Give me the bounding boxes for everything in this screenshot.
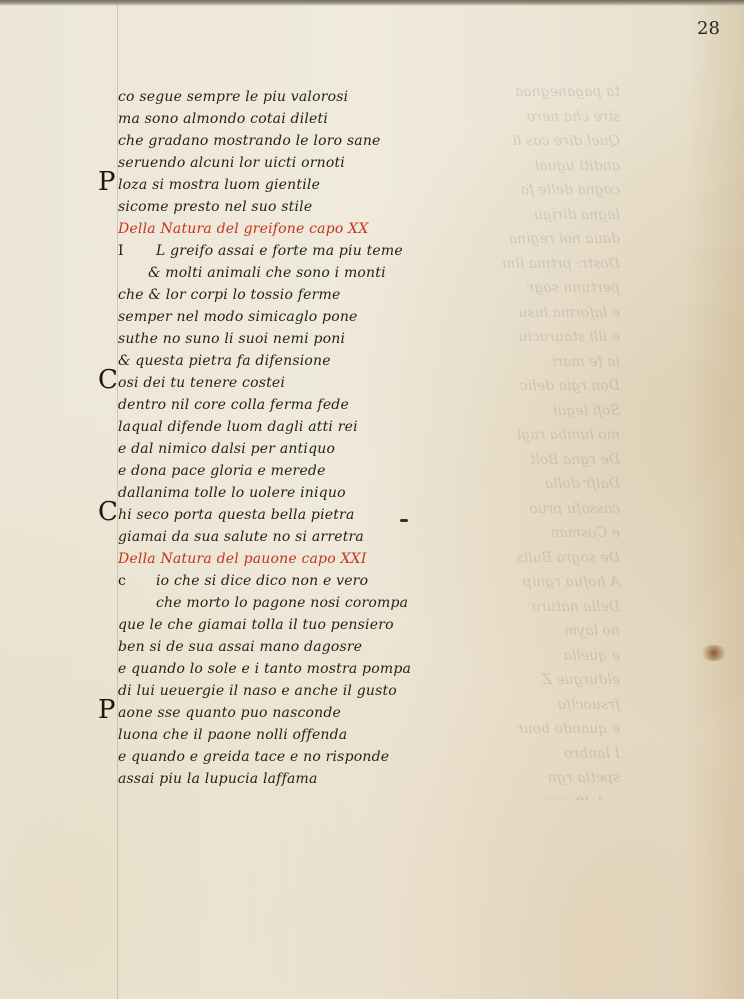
line-text: semper nel modo simicaglo pone: [118, 306, 358, 328]
line-text: L greifo assai e forte ma piu teme: [156, 240, 403, 262]
verse-line: dentro nil core colla ferma fede: [104, 394, 424, 416]
chapter-rubric: Della Natura del greifone capo XX: [104, 218, 424, 240]
bleed-line: De rgna Bolt: [470, 448, 620, 473]
decorated-initial: P: [98, 699, 116, 721]
verse-line: che gradano mostrando le loro sane: [104, 130, 424, 152]
bleed-line: e laforma lusu: [470, 301, 620, 326]
bleed-line: e illi stauraciu: [470, 325, 620, 350]
bleed-line: Della natura: [470, 595, 620, 620]
verse-line: dallanima tolle lo uolere iniquo: [104, 482, 424, 504]
verse-line: che morto lo pagone nosi corompa: [104, 592, 424, 614]
bleed-line: daua noi regina: [470, 227, 620, 252]
line-text: sicome presto nel suo stile: [118, 196, 312, 218]
bleed-line: e dolft rgna: [470, 791, 620, 801]
verse-line: che & lor corpi lo tossio ferme: [104, 284, 424, 306]
decorated-initial: P: [98, 171, 116, 193]
bleed-line: cogna delle fa: [470, 178, 620, 203]
decorated-initial: C: [98, 501, 118, 523]
line-text: & questa pietra fa difensione: [118, 350, 331, 372]
chapter-rubric: Della Natura del pauone capo XXI: [104, 548, 424, 570]
bleed-through-text: ta paganegnaasire cha neroQuel dire cos …: [470, 80, 620, 800]
bleed-line: ta paganegnaa: [470, 80, 620, 105]
decorated-initial: C: [98, 369, 118, 391]
verse-line: laqual difende luom dagli atti rei: [104, 416, 424, 438]
line-text: ben si de sua assai mano dagosre: [118, 636, 362, 658]
line-text: e quando lo sole e i tanto mostra pompa: [118, 658, 411, 680]
line-text: osi dei tu tenere costei: [118, 372, 285, 394]
verse-line: e quando e greida tace e no risponde: [104, 746, 424, 768]
bleed-line: anditi ugual: [470, 154, 620, 179]
line-text: Della Natura del greifone capo XX: [118, 218, 369, 240]
bleed-line: e Cosman: [470, 521, 620, 546]
line-text: che gradano mostrando le loro sane: [118, 130, 381, 152]
line-text: che morto lo pagone nosi corompa: [156, 592, 408, 614]
line-text: dentro nil core colla ferma fede: [118, 394, 349, 416]
bleed-line: A hofua rgnip: [470, 570, 620, 595]
verse-line: assai piu la lupucia laffama: [104, 768, 424, 790]
verse-line: seruendo alcuni lor uicti ornoti: [104, 152, 424, 174]
line-text: assai piu la lupucia laffama: [118, 768, 318, 790]
line-text: & molti animali che sono i monti: [148, 262, 386, 284]
bleed-line: lagna dirigu: [470, 203, 620, 228]
line-text: aone sse quanto puo nasconde: [118, 702, 341, 724]
verse-line: Ploza si mostra luom gientile: [104, 174, 424, 196]
verse-line: cio che si dice dico non e vero: [104, 570, 424, 592]
bleed-line: spetla rgn: [470, 766, 620, 791]
line-text: co segue sempre le piu valorosi: [118, 86, 348, 108]
bleed-line: e quella: [470, 644, 620, 669]
bleed-line: De sogra Bulls: [470, 546, 620, 571]
verse-line: e dona pace gloria e merede: [104, 460, 424, 482]
bleed-line: Dostr: prtma ilm: [470, 252, 620, 277]
verse-line: ben si de sua assai mano dagosre: [104, 636, 424, 658]
bleed-line: Don rgia delic: [470, 374, 620, 399]
line-text: que le che giamai tolla il tuo pensiero: [118, 614, 394, 636]
verse-line: & questa pietra fa difensione: [104, 350, 424, 372]
bleed-line: mo lumba ragl: [470, 423, 620, 448]
manuscript-page: ta paganegnaasire cha neroQuel dire cos …: [0, 0, 744, 999]
verse-line: que le che giamai tolla il tuo pensiero: [104, 614, 424, 636]
line-text: che & lor corpi lo tossio ferme: [118, 284, 340, 306]
verse-line: semper nel modo simicaglo pone: [104, 306, 424, 328]
verse-line: e dal nimico dalsi per antiquo: [104, 438, 424, 460]
line-text: seruendo alcuni lor uicti ornoti: [118, 152, 345, 174]
bleed-line: no laym: [470, 619, 620, 644]
line-text: hi seco porta questa bella pietra: [118, 504, 355, 526]
line-text: ma sono almondo cotai dileti: [118, 108, 328, 130]
line-text: dallanima tolle lo uolere iniquo: [118, 482, 346, 504]
line-text: e quando e greida tace e no risponde: [118, 746, 389, 768]
bleed-line: pertunn sogr: [470, 276, 620, 301]
bleed-line: cassafu pruo: [470, 497, 620, 522]
bleed-line: Dalfr dolla: [470, 472, 620, 497]
bleed-line: Quel dire cos li: [470, 129, 620, 154]
verse-line: Cosi dei tu tenere costei: [104, 372, 424, 394]
guide-letter: I: [118, 240, 124, 262]
page-top-edge-shadow: [0, 0, 744, 6]
verse-line: e quando lo sole e i tanto mostra pompa: [104, 658, 424, 680]
verse-line: Chi seco porta questa bella pietra: [104, 504, 424, 526]
verse-line: suthe no suno li suoi nemi poni: [104, 328, 424, 350]
bleed-line: eldurgue Z: [470, 668, 620, 693]
line-text: io che si dice dico non e vero: [156, 570, 368, 592]
paper-stain: [700, 645, 728, 661]
verse-line: giamai da sua salute no si arretra: [104, 526, 424, 548]
line-text: loza si mostra luom gientile: [118, 174, 320, 196]
bleed-line: e quando bour: [470, 717, 620, 742]
bleed-line: ia fe mari: [470, 350, 620, 375]
line-text: e dona pace gloria e merede: [118, 460, 326, 482]
line-text: laqual difende luom dagli atti rei: [118, 416, 358, 438]
bleed-line: sire cha nero: [470, 105, 620, 130]
manuscript-text-block: co segue sempre le piu valorosima sono a…: [104, 86, 424, 790]
verse-line: di lui ueuergie il naso e anche il gusto: [104, 680, 424, 702]
line-text: Della Natura del pauone capo XXI: [118, 548, 367, 570]
verse-line: luona che il paone nolli offenda: [104, 724, 424, 746]
guide-letter: c: [118, 570, 126, 592]
ink-mark: [400, 519, 408, 522]
verse-line: & molti animali che sono i monti: [104, 262, 424, 284]
verse-line: co segue sempre le piu valorosi: [104, 86, 424, 108]
folio-number: 28: [697, 18, 720, 39]
line-text: e dal nimico dalsi per antiquo: [118, 438, 335, 460]
verse-line: ma sono almondo cotai dileti: [104, 108, 424, 130]
line-text: luona che il paone nolli offenda: [118, 724, 347, 746]
bleed-line: I lanbro: [470, 742, 620, 767]
line-text: giamai da sua salute no si arretra: [118, 526, 364, 548]
line-text: di lui ueuergie il naso e anche il gusto: [118, 680, 397, 702]
verse-line: IL greifo assai e forte ma piu teme: [104, 240, 424, 262]
line-text: suthe no suno li suoi nemi poni: [118, 328, 345, 350]
bleed-line: frsuoclfa: [470, 693, 620, 718]
verse-line: Paone sse quanto puo nasconde: [104, 702, 424, 724]
verse-line: sicome presto nel suo stile: [104, 196, 424, 218]
bleed-line: Sofi legui: [470, 399, 620, 424]
